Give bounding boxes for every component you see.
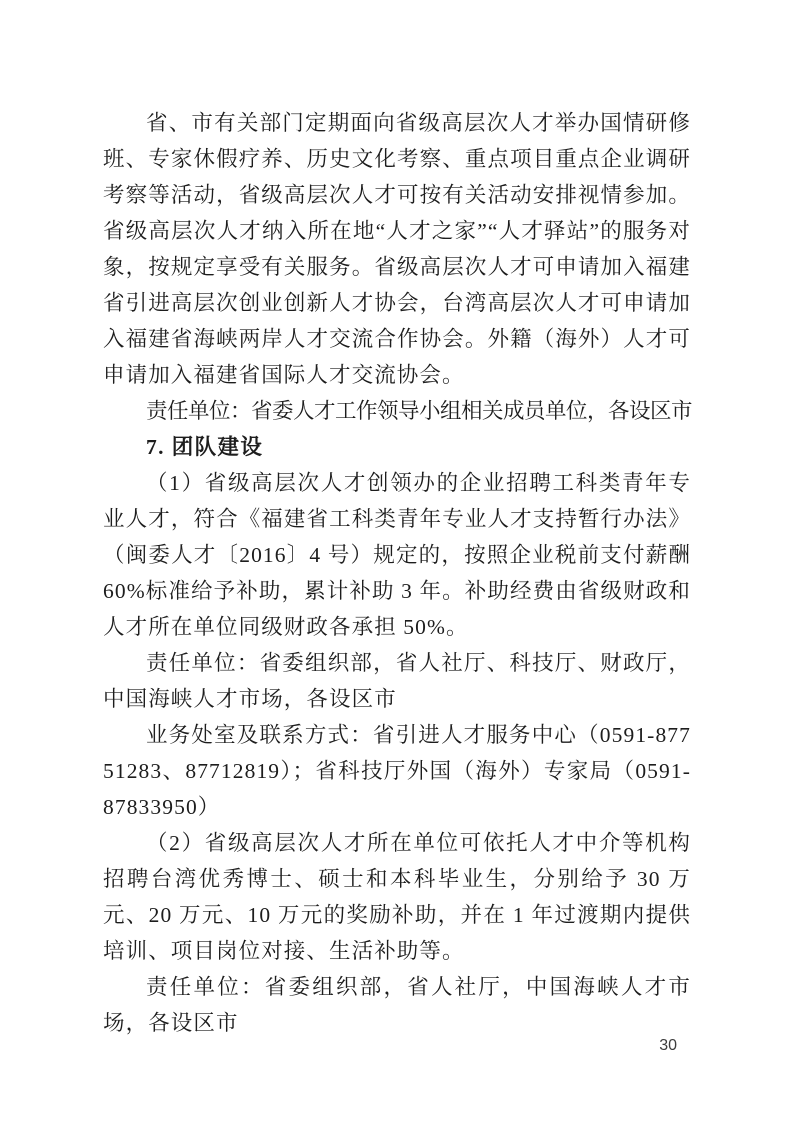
paragraph-responsible-unit-2: 责任单位：省委组织部，省人社厅、科技厅、财政厅，中国海峡人才市场，各设区市 — [103, 645, 691, 717]
page-number: 30 — [659, 1036, 677, 1056]
page-body: 省、市有关部门定期面向省级高层次人才举办国情研修班、专家休假疗养、历史文化考察、… — [103, 105, 691, 1041]
paragraph-contact-info: 业务处室及联系方式：省引进人才服务中心（0591-87751283、877128… — [103, 717, 691, 825]
paragraph-taiwan-graduates-subsidy: （2）省级高层次人才所在单位可依托人才中介等机构招聘台湾优秀博士、硕士和本科毕业… — [103, 825, 691, 969]
section-heading-team-building: 7. 团队建设 — [103, 429, 691, 465]
paragraph-activities-and-services: 省、市有关部门定期面向省级高层次人才举办国情研修班、专家休假疗养、历史文化考察、… — [103, 105, 691, 393]
paragraph-engineering-talent-subsidy: （1）省级高层次人才创领办的企业招聘工科类青年专业人才，符合《福建省工科类青年专… — [103, 465, 691, 645]
paragraph-responsible-unit-1: 责任单位：省委人才工作领导小组相关成员单位，各设区市 — [103, 393, 691, 429]
paragraph-responsible-unit-3: 责任单位：省委组织部，省人社厅，中国海峡人才市场，各设区市 — [103, 969, 691, 1041]
document-page: 省、市有关部门定期面向省级高层次人才举办国情研修班、专家休假疗养、历史文化考察、… — [0, 0, 793, 1122]
